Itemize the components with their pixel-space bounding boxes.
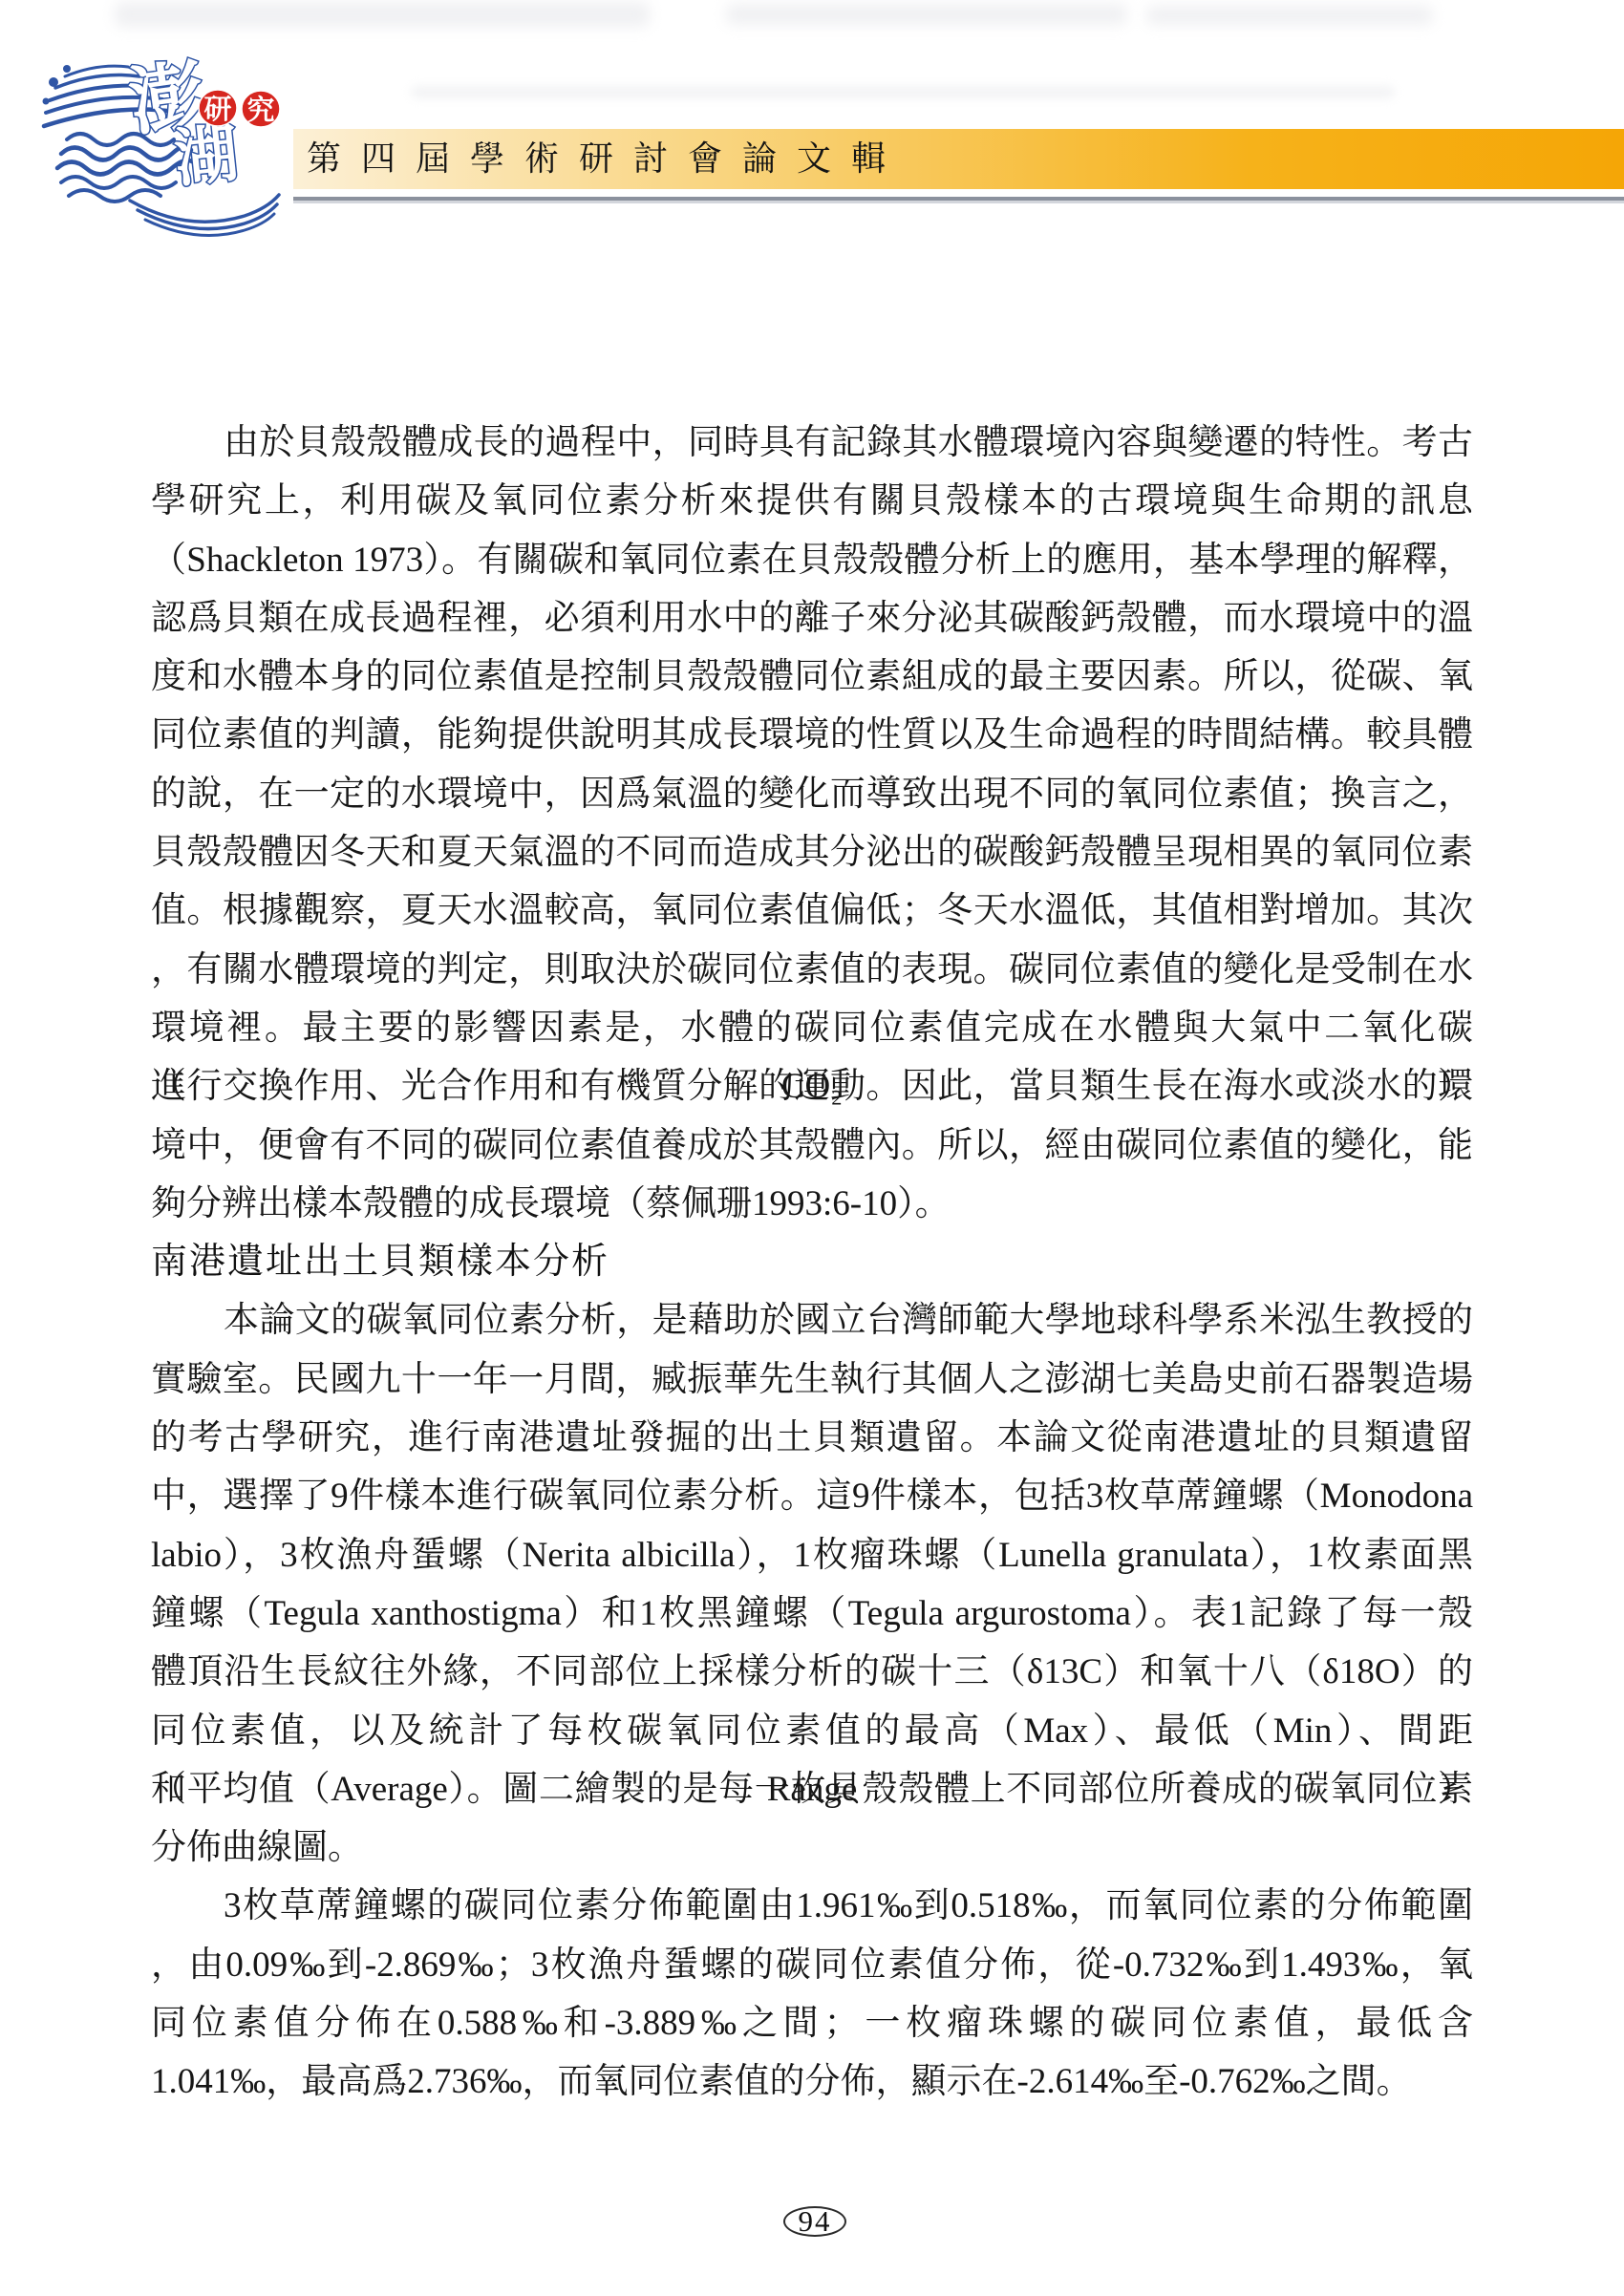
paragraph-line: 的說，在一定的水環境中，因爲氣溫的變化而導致出現不同的氧同位素值；換言之， — [151, 765, 1473, 823]
paragraph-line: 值。根據觀察，夏天水溫較高，氧同位素值偏低；冬天水溫低，其值相對增加。其次 — [151, 882, 1473, 940]
badge-yan-char: 研 — [203, 94, 231, 125]
paragraph-line: 學研究上，利用碳及氧同位素分析來提供有關貝殼樣本的古環境與生命期的訊息 — [151, 472, 1473, 530]
paragraph-line: 本論文的碳氧同位素分析，是藉助於國立台灣師範大學地球科學系米泓生教授的 — [151, 1291, 1473, 1350]
paragraph-line: 環境裡。最主要的影響因素是，水體的碳同位素值完成在水體與大氣中二氧化碳（CO₂） — [151, 999, 1473, 1057]
paragraph-line: 同位素值分佈在0.588‰和-3.889‰之間；一枚瘤珠螺的碳同位素值，最低含 — [151, 1994, 1473, 2052]
paragraph-line: 和平均值（Average）。圖二繪製的是每一枚貝殼殼體上不同部位所養成的碳氧同位… — [151, 1760, 1473, 1818]
scan-ghost-mark — [726, 4, 1127, 25]
paragraph-line: 同位素值的判讀，能夠提供說明其成長環境的性質以及生命過程的時間結構。較具體 — [151, 706, 1473, 764]
paragraph-line: 同位素值，以及統計了每枚碳氧同位素值的最高（Max）、最低（Min）、間距（Ra… — [151, 1702, 1473, 1760]
paragraph-line: 1.041‰，最高爲2.736‰，而氧同位素值的分佈，顯示在-2.614‰至-0… — [151, 2052, 1473, 2111]
paragraph-line: 分佈曲線圖。 — [151, 1818, 1473, 1877]
paragraph-line: 認爲貝類在成長過程裡，必須利用水中的離子來分泌其碳酸鈣殼體，而水環境中的溫 — [151, 589, 1473, 648]
paragraph-line: 體頂沿生長紋往外緣，不同部位上採樣分析的碳十三（δ13C）和氧十八（δ18O）的 — [151, 1643, 1473, 1701]
paragraph-line: 貝殼殼體因冬天和夏天氣溫的不同而造成其分泌出的碳酸鈣殼體呈現相異的氧同位素 — [151, 823, 1473, 882]
paragraph-line: 進行交換作用、光合作用和有機質分解的運動。因此，當貝類生長在海水或淡水的環 — [151, 1057, 1473, 1116]
page-number: 94 — [799, 2204, 832, 2239]
paragraph-line: 中，選擇了9件樣本進行碳氧同位素分析。這9件樣本，包括3枚草蓆鐘螺（Monodo… — [151, 1467, 1473, 1525]
document-page: 澎 湖 研 究 第四屆學術研討會論文輯 由於貝殼殼體成長的過程中，同時具有記錄其… — [0, 0, 1624, 2296]
paragraph-line: 由於貝殼殼體成長的過程中，同時具有記錄其水體環境內容與變遷的特性。考古 — [151, 414, 1473, 472]
page-number-oval: 94 — [783, 2206, 846, 2237]
proceedings-title: 第四屆學術研討會論文輯 — [293, 129, 1624, 189]
paragraph-line: 鐘螺（Tegula xanthostigma）和1枚黑鐘螺（Tegula arg… — [151, 1584, 1473, 1643]
scan-ghost-mark — [1146, 6, 1433, 25]
header-divider-line — [293, 197, 1624, 201]
paragraph-line: 實驗室。民國九十一年一月間，臧振華先生執行其個人之澎湖七美島史前石器製造場 — [151, 1350, 1473, 1409]
penghu-research-logo: 澎 湖 研 究 — [38, 55, 282, 225]
article-body: 由於貝殼殼體成長的過程中，同時具有記錄其水體環境內容與變遷的特性。考古 學研究上… — [151, 414, 1473, 2112]
paragraph-line: （Shackleton 1973）。有關碳和氧同位素在貝殼殼體分析上的應用，基本… — [151, 531, 1473, 589]
header-banner: 第四屆學術研討會論文輯 — [293, 129, 1624, 189]
paragraph-line: 度和水體本身的同位素值是控制貝殼殼體同位素組成的最主要因素。所以，從碳、氧 — [151, 648, 1473, 706]
paragraph-line: 的考古學研究，進行南港遺址發掘的出土貝類遺留。本論文從南港遺址的貝類遺留 — [151, 1409, 1473, 1467]
paragraph-line: 境中，便會有不同的碳同位素值養成於其殼體內。所以，經由碳同位素值的變化，能 — [151, 1116, 1473, 1175]
logo-script-char-hu: 湖 — [172, 119, 242, 195]
scan-ghost-mark — [115, 2, 650, 27]
paragraph-line: 夠分辨出樣本殼體的成長環境（蔡佩珊1993:6-10）。 — [151, 1175, 1473, 1233]
paragraph-line: ，由0.09‰到-2.869‰；3枚漁舟蜑螺的碳同位素值分佈，從-0.732‰到… — [151, 1936, 1473, 1994]
paragraph-line: ，有關水體環境的判定，則取決於碳同位素值的表現。碳同位素值的變化是受制在水 — [151, 941, 1473, 999]
section-heading: 南港遺址出土貝類樣本分析 — [151, 1233, 1473, 1291]
scan-ghost-mark — [411, 86, 1395, 98]
paragraph-line: 3枚草蓆鐘螺的碳同位素分佈範圍由1.961‰到0.518‰，而氧同位素的分佈範圍 — [151, 1877, 1473, 1935]
paragraph-line: labio），3枚漁舟蜑螺（Nerita albicilla），1枚瘤珠螺（Lu… — [151, 1526, 1473, 1584]
badge-jiu-char: 究 — [246, 94, 274, 126]
